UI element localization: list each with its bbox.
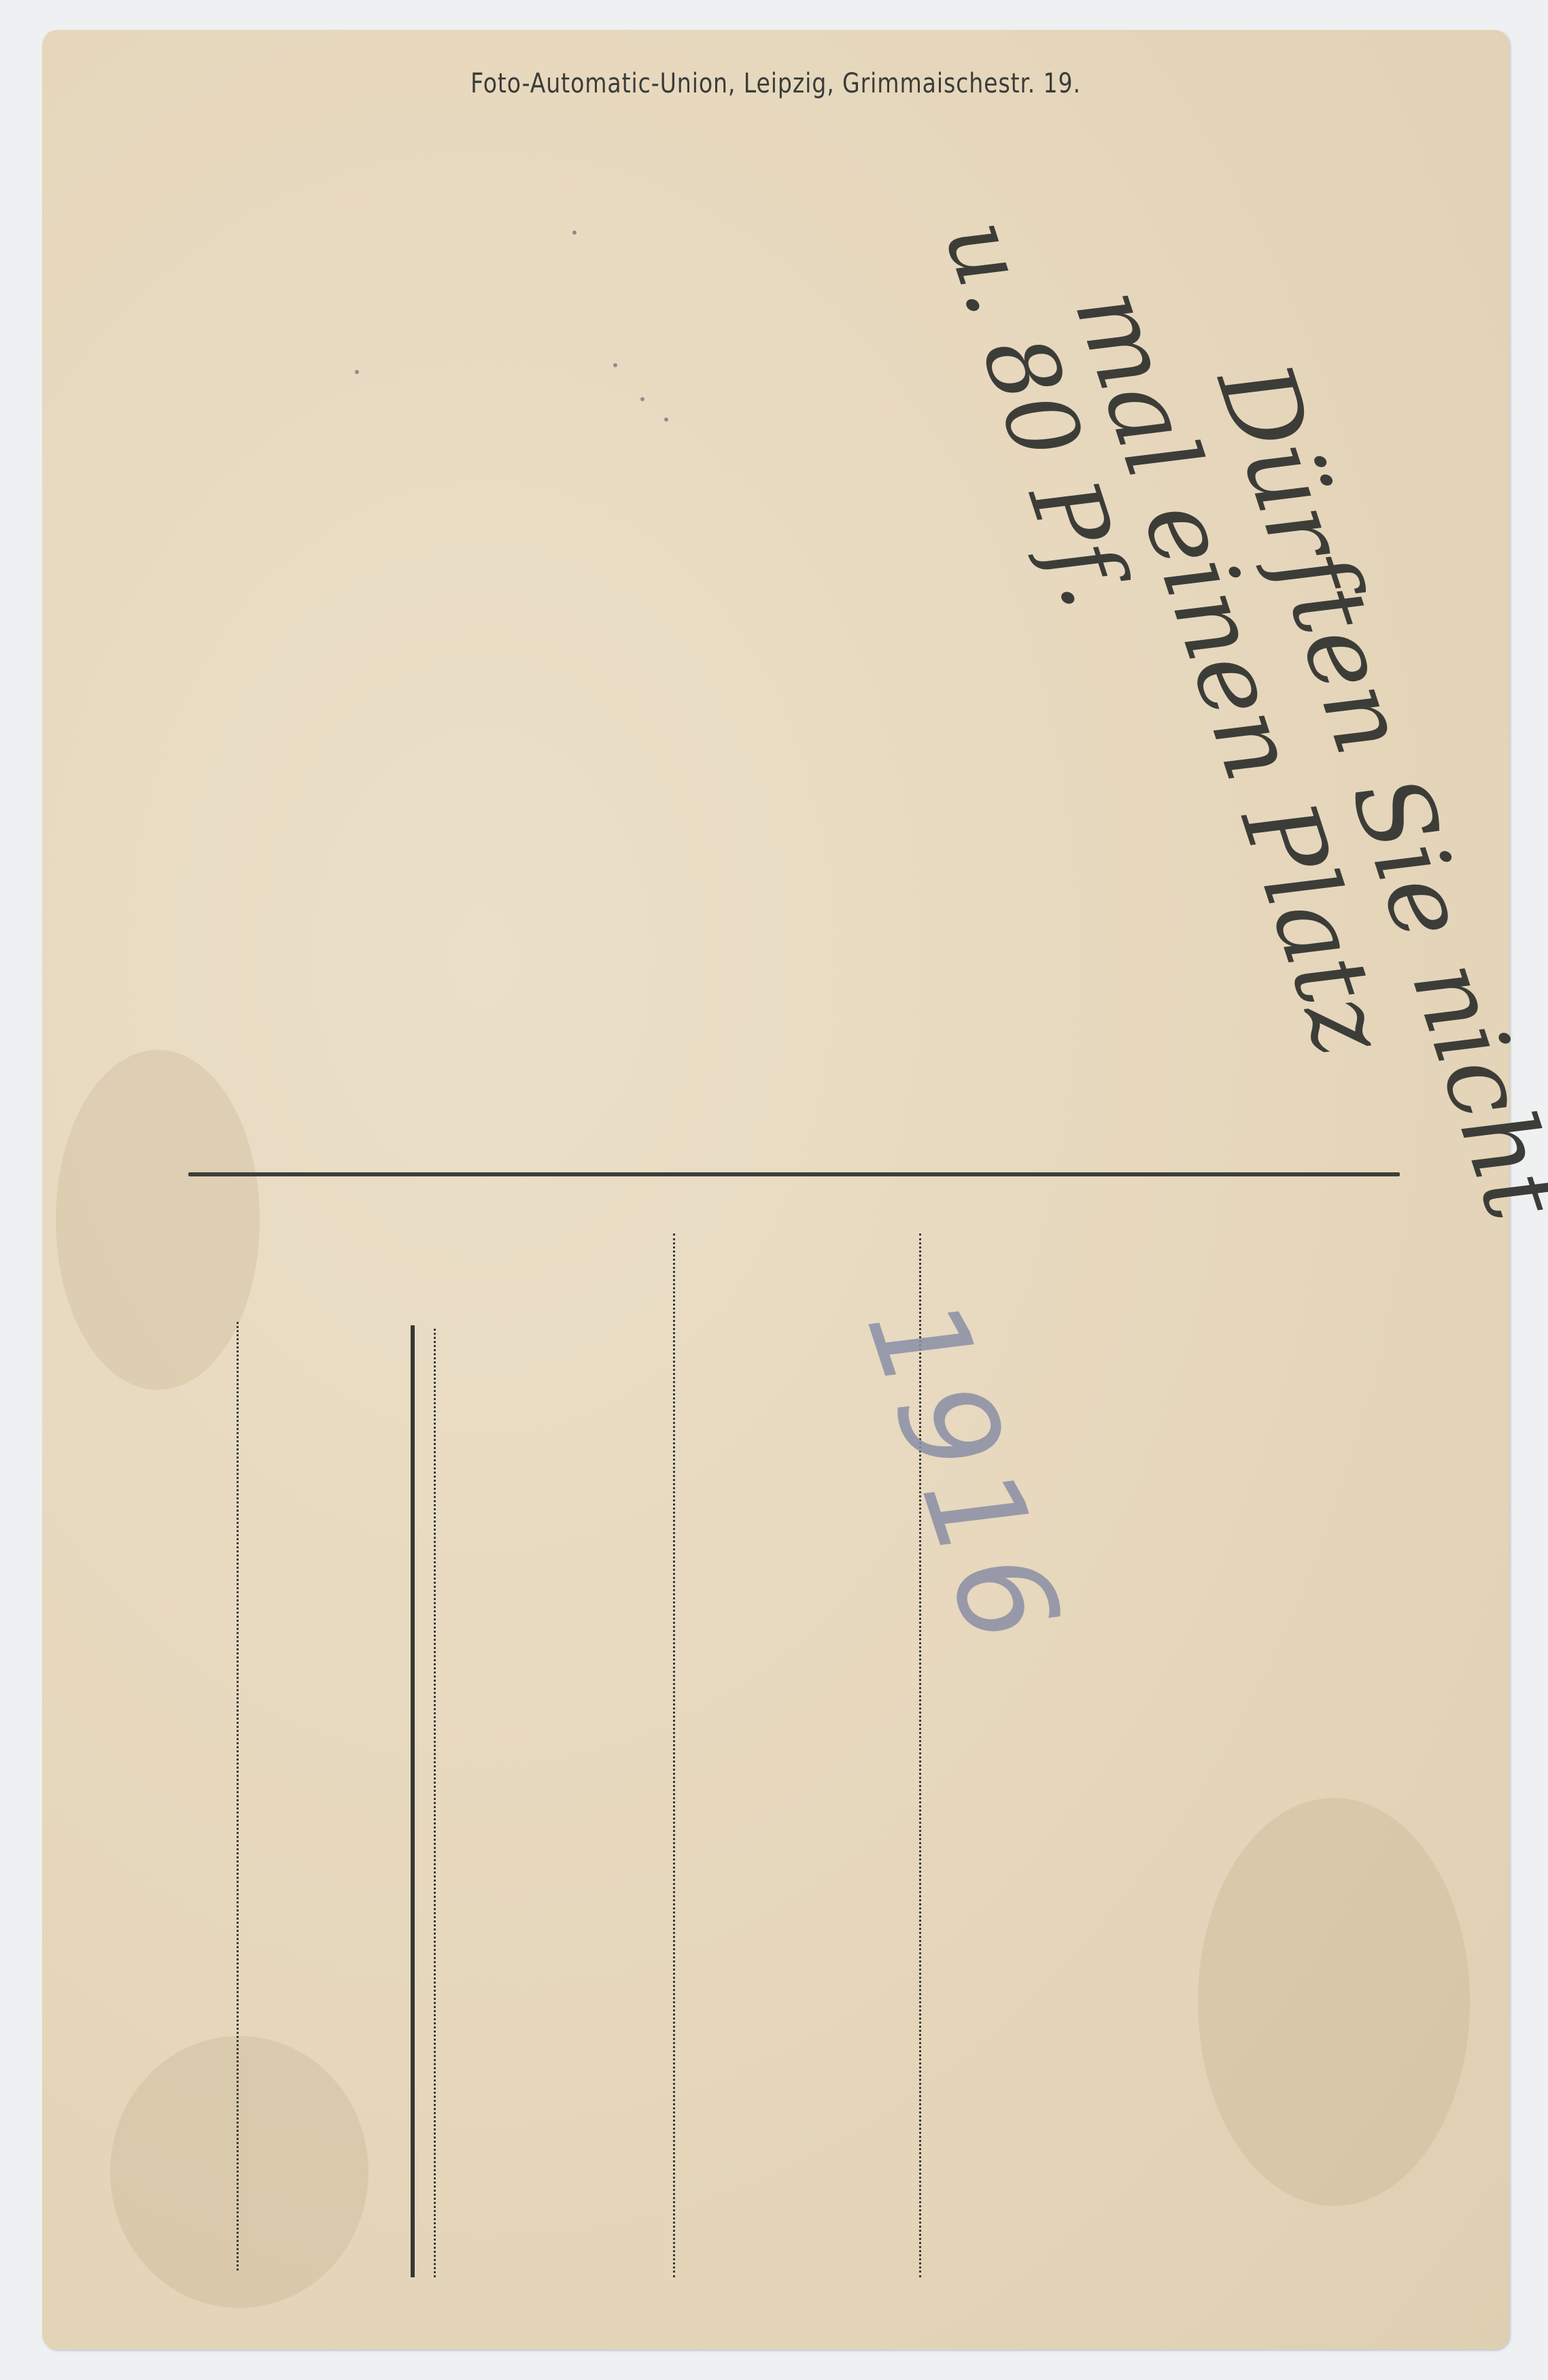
divider-line-right <box>781 1172 1400 1176</box>
ink-speck <box>572 231 577 235</box>
paper-stain <box>110 2036 368 2308</box>
paper-stain <box>1198 1798 1470 2206</box>
address-line-dotted <box>237 1322 239 2271</box>
ink-speck <box>613 363 617 367</box>
ink-speck <box>640 397 644 401</box>
pencil-date-annotation: 1916 <box>838 1281 1090 1666</box>
ink-speck <box>355 370 359 374</box>
publisher-imprint: Foto-Automatic-Union, Leipzig, Grimmaisc… <box>101 68 1450 99</box>
address-line-solid <box>411 1325 415 2277</box>
ink-speck <box>664 418 668 422</box>
postcard: Foto-Automatic-Union, Leipzig, Grimmaisc… <box>42 30 1509 2349</box>
paper-stain <box>56 1050 260 1390</box>
divider-line-left <box>188 1172 805 1176</box>
address-line-dotted <box>673 1234 675 2277</box>
address-line-dotted <box>434 1329 436 2277</box>
